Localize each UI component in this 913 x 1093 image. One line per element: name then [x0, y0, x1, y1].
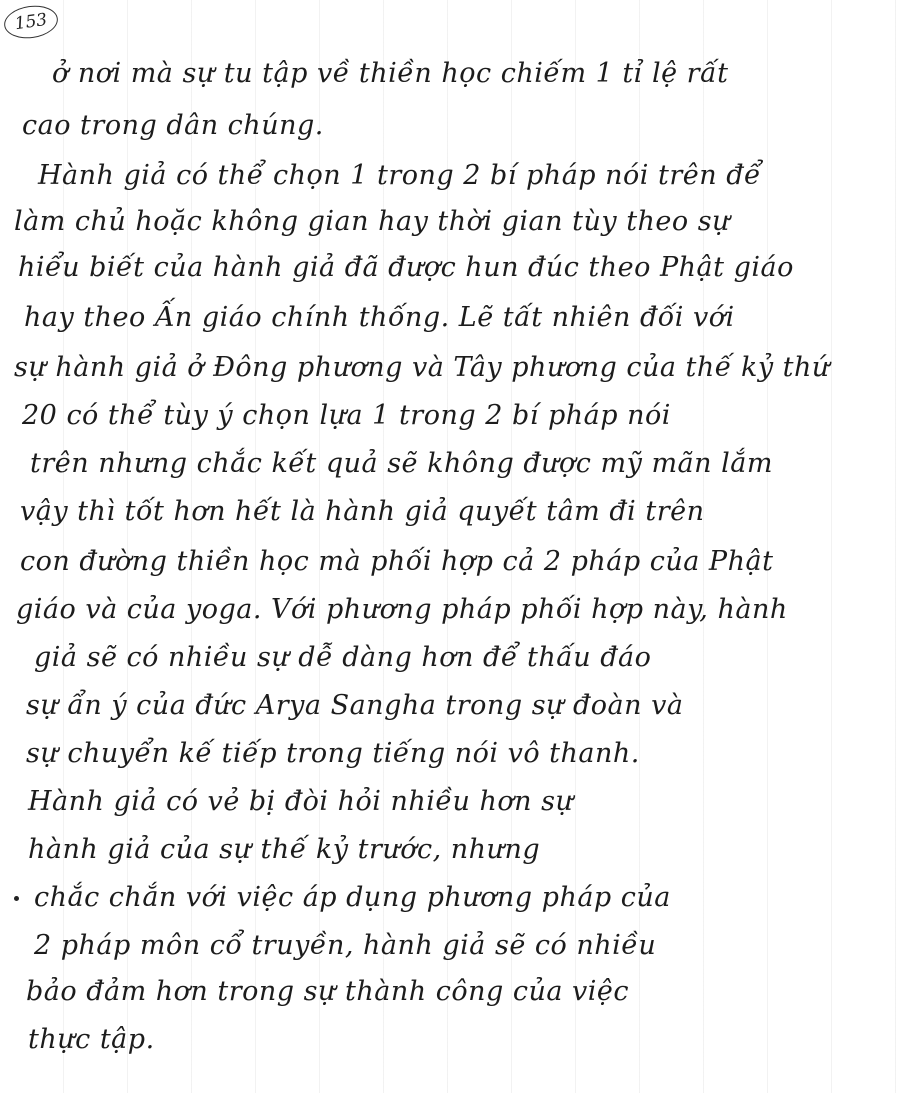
text-line-6: hay theo Ấn giáo chính thống. Lẽ tất nhi… — [24, 302, 735, 333]
text-line-13: giả sẽ có nhiều sự dễ dàng hơn để thấu đ… — [34, 642, 651, 673]
text-line-1: ở nơi mà sự tu tập về thiền học chiếm 1 … — [52, 58, 728, 89]
manuscript-page: 153 ở nơi mà sự tu tập về thiền học chiế… — [0, 0, 913, 1093]
text-line-20: bảo đảm hơn trong sự thành công của việc — [26, 976, 629, 1007]
text-line-5: hiểu biết của hành giả đã được hun đúc t… — [18, 252, 794, 283]
text-line-2: cao trong dân chúng. — [22, 110, 324, 141]
text-line-21: thực tập. — [28, 1024, 155, 1055]
text-line-18: chắc chắn với việc áp dụng phương pháp c… — [34, 882, 671, 913]
text-line-15: sự chuyển kế tiếp trong tiếng nói vô tha… — [26, 738, 640, 769]
bullet-mark — [14, 896, 19, 901]
text-line-12: giáo và của yoga. Với phương pháp phối h… — [16, 594, 788, 625]
page-number: 153 — [2, 2, 60, 41]
text-line-17: hành giả của sự thế kỷ trước, nhưng — [28, 834, 540, 865]
text-line-11: con đường thiền học mà phối hợp cả 2 phá… — [20, 546, 773, 577]
text-line-3: Hành giả có thể chọn 1 trong 2 bí pháp n… — [38, 160, 761, 191]
text-line-4: làm chủ hoặc không gian hay thời gian tù… — [14, 206, 730, 237]
text-line-16: Hành giả có vẻ bị đòi hỏi nhiều hơn sự — [28, 786, 573, 817]
text-line-8: 20 có thể tùy ý chọn lựa 1 trong 2 bí ph… — [22, 400, 671, 431]
text-line-7: sự hành giả ở Đông phương và Tây phương … — [14, 352, 830, 383]
text-line-14: sự ẩn ý của đức Arya Sangha trong sự đoà… — [26, 690, 683, 721]
text-line-19: 2 pháp môn cổ truyền, hành giả sẽ có nhi… — [34, 930, 656, 961]
text-line-9: trên nhưng chắc kết quả sẽ không được mỹ… — [30, 448, 773, 479]
text-line-10: vậy thì tốt hơn hết là hành giả quyết tâ… — [20, 496, 704, 527]
